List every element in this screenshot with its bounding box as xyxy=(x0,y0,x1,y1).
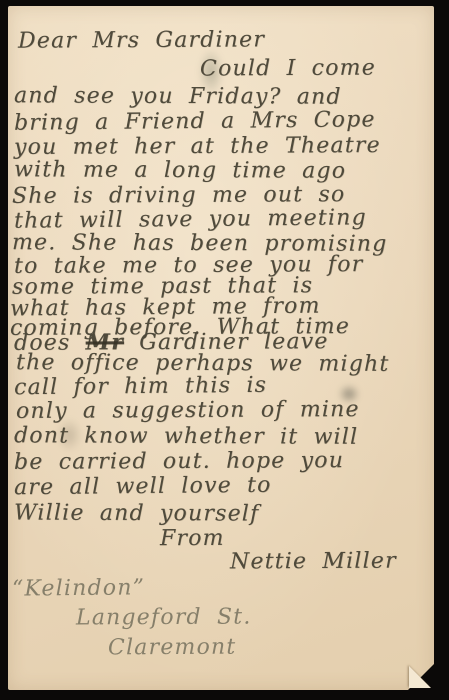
letter-line: Nettie Miller xyxy=(230,549,397,575)
letter-line: only a suggestion of mine xyxy=(16,397,360,424)
letter-text: She is driving me out so xyxy=(12,182,346,209)
letter-text: dont know whether it will xyxy=(14,423,358,450)
letter-text: are all well love to xyxy=(14,473,272,500)
letter-line: be carried out. hope you xyxy=(14,448,344,475)
letter-text: and see you Friday? and xyxy=(14,83,342,109)
letter-text: only a suggestion of mine xyxy=(16,397,360,424)
scanned-postcard: Dear Mrs GardinerCould I comeand see you… xyxy=(0,0,449,700)
letter-text: Willie and yourself xyxy=(14,500,260,526)
letter-line: call for him this is xyxy=(14,373,267,400)
letter-text: Could I come xyxy=(200,56,376,82)
letter-line: dont know whether it will xyxy=(14,423,358,450)
letter-line: with me a long time ago xyxy=(14,157,346,183)
letter-text: “Kelindon” xyxy=(12,575,145,601)
letter-text: call for him this is xyxy=(14,373,267,400)
letter-text: be carried out. hope you xyxy=(14,448,344,475)
letter-text: From xyxy=(160,526,225,551)
letter-text: you met her at the Theatre xyxy=(14,133,381,160)
letter-text: Nettie Miller xyxy=(230,549,397,575)
letter-line: and see you Friday? and xyxy=(14,83,342,109)
letter-line: Claremont xyxy=(108,635,237,661)
letter-line: Dear Mrs Gardiner xyxy=(18,27,265,53)
letter-line: She is driving me out so xyxy=(12,182,346,209)
letter-line: Willie and yourself xyxy=(14,500,260,526)
letter-line: you met her at the Theatre xyxy=(14,133,381,160)
letter-line: Could I come xyxy=(200,56,376,82)
letter-text: Langeford St. xyxy=(76,605,252,631)
letter-text: bring a Friend a Mrs Cope xyxy=(14,107,376,135)
letter-text: Dear Mrs Gardiner xyxy=(18,27,265,53)
letter-text: Claremont xyxy=(108,635,237,661)
letter-line: are all well love to xyxy=(14,473,272,500)
letter-text: with me a long time ago xyxy=(14,157,346,183)
letter-line: Langeford St. xyxy=(76,605,252,631)
letter-line: From xyxy=(160,526,225,551)
letter-line: bring a Friend a Mrs Cope xyxy=(14,107,376,135)
letter-line: “Kelindon” xyxy=(12,575,145,601)
postcard-paper: Dear Mrs GardinerCould I comeand see you… xyxy=(8,6,434,690)
folded-corner-flap xyxy=(409,666,431,688)
